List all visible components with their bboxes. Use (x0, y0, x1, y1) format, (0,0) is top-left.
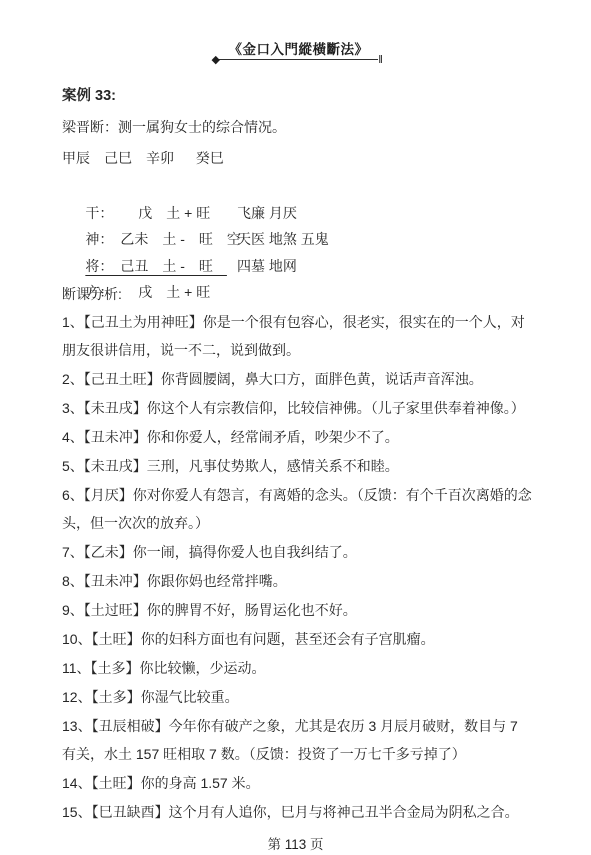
analysis-item-4: 4、【丑未冲】你和你爱人，经常闹矛盾，吵架少不了。 (62, 423, 535, 451)
document-page: ◆ 《金口入門縱橫斷法》 ‖ 案例 33: 梁晋断：测一属狗女士的综合情况。 甲… (0, 0, 591, 855)
analysis-item-15: 15、【巳丑缺酉】这个月有人追你，巳月与将神己丑半合金局为阴私之合。 (62, 798, 535, 826)
analysis-item-8: 8、【丑未冲】你跟你妈也经常拌嘴。 (62, 567, 535, 595)
header-rule: ◆ 《金口入門縱橫斷法》 ‖ (214, 38, 378, 60)
case-title: 案例 33: (62, 64, 535, 106)
analysis-item-1: 1、【己丑土为用神旺】你是一个很有包容心，很老实，很实在的一个人，对朋友很讲信用… (62, 308, 535, 364)
course-row-extra: 飞廉 月厌 (237, 200, 297, 227)
analysis-item-12: 12、【土多】你湿气比较重。 (62, 683, 535, 711)
course-row-extra: 天医 地煞 五鬼 (237, 226, 329, 253)
analysis-item-11: 11、【土多】你比较懒，少运动。 (62, 654, 535, 682)
analysis-item-14: 14、【土旺】你的身高 1.57 米。 (62, 769, 535, 797)
analysis-item-6: 6、【月厌】你对你爱人有怨言，有离婚的念头。（反馈：有个千百次离婚的念头，但一次… (62, 481, 535, 537)
document-content: 案例 33: 梁晋断：测一属狗女士的综合情况。 甲辰 己巳 辛卯 癸巳 干： 戊… (0, 64, 591, 826)
analysis-item-5: 5、【未丑戌】三刑，凡事仗势欺人，感情关系不和睦。 (62, 452, 535, 480)
course-row-shen: 神： 乙未 土 - 旺 空 飞廉 月厌 (62, 200, 535, 227)
case-intro: 梁晋断：测一属狗女士的综合情况。 (62, 112, 535, 143)
page-number-label: 第 113 页 (267, 837, 323, 852)
analysis-item-7: 7、【乙未】你一闹，搞得你爱人也自我纠结了。 (62, 538, 535, 566)
diamond-icon: ◆ (212, 53, 221, 66)
header-end-mark-icon: ‖ (379, 52, 382, 67)
analysis-item-2: 2、【己丑土旺】你背圆腰阔，鼻大口方，面胖色黄，说话声音浑浊。 (62, 365, 535, 393)
course-row-extra: 四墓 地网 (237, 253, 297, 280)
course-row-main: 方： 戌 土 + 旺 (85, 284, 210, 300)
analysis-item-3: 3、【未丑戌】你这个人有宗教信仰，比较信神佛。（儿子家里供奉着神像。） (62, 394, 535, 422)
page-footer: 第 113 页 (0, 833, 591, 853)
analysis-item-10: 10、【土旺】你的妇科方面也有问题，甚至还会有子宫肌瘤。 (62, 625, 535, 653)
analysis-item-13: 13、【丑辰相破】今年你有破产之象，尤其是农历 3 月辰月破财，数目与 7 有关… (62, 712, 535, 768)
course-row-fang: 方： 戌 土 + 旺 四墓 地网 (62, 253, 535, 280)
analysis-item-9: 9、【土过旺】你的脾胃不好，肠胃运化也不好。 (62, 596, 535, 624)
course-row-gan: 干： 戊 土 + 旺 (62, 173, 535, 200)
header-title: 《金口入門縱橫斷法》 (229, 42, 369, 57)
four-pillars-line: 甲辰 己巳 辛卯 癸巳 (62, 143, 535, 173)
page-header: ◆ 《金口入門縱橫斷法》 ‖ (0, 0, 591, 64)
course-row-jiang: 将： 己丑 土 - 旺 天医 地煞 五鬼 (62, 226, 535, 253)
